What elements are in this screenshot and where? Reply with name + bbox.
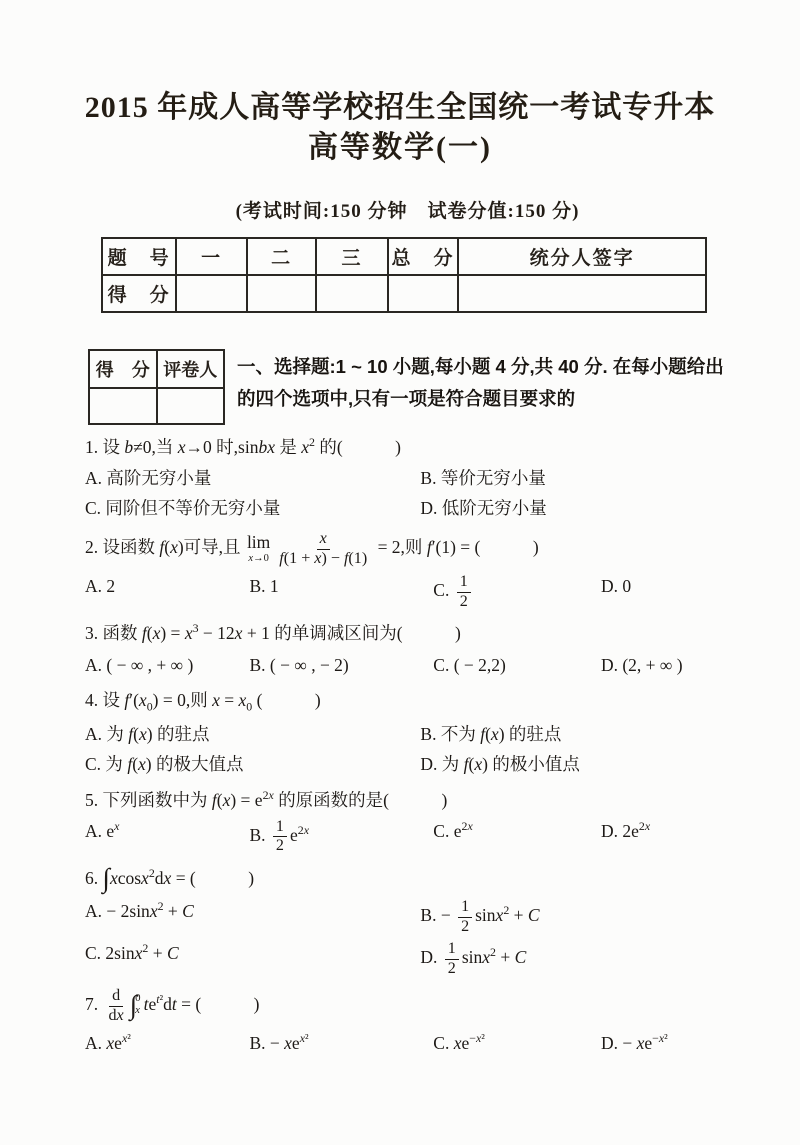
exam-title-line1: 2015 年成人高等学校招生全国统一考试专升本 [70,90,730,126]
option: D. 低阶无穷小量 [420,493,730,523]
score-table-header-row: 题 号 一 二 三 总 分 统分人签字 [102,238,706,275]
score-cell-empty [176,275,247,312]
question-stem: 5. 下列函数中为 f(x) = e2x 的原函数的是( ) [85,787,730,813]
question-options: A. 高阶无穷小量B. 等价无穷小量C. 同阶但不等价无穷小量D. 低阶无穷小量 [85,463,730,524]
score-header-total: 总 分 [388,238,459,275]
question-stem: 2. 设函数 f(x)可导,且 limx→0xf(1 + x) − f(1) =… [85,530,730,568]
score-row-label: 得 分 [102,275,176,312]
question-stem: 4. 设 f′(x0) = 0,则 x = x0 ( ) [85,687,730,716]
option: A. − 2sinx2 + C [85,896,420,938]
question-6: 6. ∫xcosx2dx = ( )A. − 2sinx2 + CB. − 12… [85,865,730,981]
score-table-value-row: 得 分 [102,275,706,312]
question-stem: 3. 函数 f(x) = x3 − 12x + 1 的单调减区间为( ) [85,620,730,646]
questions-list: 1. 设 b≠0,当 x→0 时,sinbx 是 x2 的( )A. 高阶无穷小… [85,434,730,1059]
grader-box-empty-cell [89,388,157,424]
option: C. 2sinx2 + C [85,938,420,980]
option: C. xe−x² [433,1028,601,1058]
option: C. e2x [433,816,601,858]
question-5: 5. 下列函数中为 f(x) = e2x 的原函数的是( )A. exB. 12… [85,787,730,858]
score-header-section-3: 三 [316,238,387,275]
score-cell-empty [247,275,316,312]
option: D. 12sinx2 + C [420,938,730,980]
option: B. − 12sinx2 + C [420,896,730,938]
score-cell-empty [316,275,387,312]
score-header-signature: 统分人签字 [458,238,706,275]
option: C. 同阶但不等价无穷小量 [85,493,420,523]
option: B. − xex² [249,1028,433,1058]
exam-paper-page: 2015 年成人高等学校招生全国统一考试专升本 高等数学(一) (考试时间:15… [0,0,800,1145]
option: D. 2e2x [601,816,730,858]
option: A. xex² [85,1028,249,1058]
option: B. 12e2x [249,816,433,858]
grader-box-grader-label: 评卷人 [157,350,225,388]
grader-box-empty-cell [157,388,225,424]
question-options: A. ( − ∞ , + ∞ )B. ( − ∞ , − 2)C. ( − 2,… [85,650,730,680]
exam-title-line2: 高等数学(一) [70,126,730,170]
question-2: 2. 设函数 f(x)可导,且 limx→0xf(1 + x) − f(1) =… [85,530,730,613]
option: D. 0 [601,571,730,613]
score-header-section-1: 一 [176,238,247,275]
score-header-section-2: 二 [247,238,316,275]
question-4: 4. 设 f′(x0) = 0,则 x = x0 ( )A. 为 f(x) 的驻… [85,687,730,780]
option: A. ex [85,816,249,858]
question-options: A. xex²B. − xex²C. xe−x²D. − xe−x² [85,1028,730,1058]
question-stem: 6. ∫xcosx2dx = ( ) [85,865,730,894]
title-block: 2015 年成人高等学校招生全国统一考试专升本 高等数学(一) [70,90,730,170]
section-one-heading: 一、选择题:1 ~ 10 小题,每小题 4 分,共 40 分. 在每小题给出的四… [225,349,730,417]
option: B. 不为 f(x) 的驻点 [420,719,730,749]
grader-score-box: 得 分 评卷人 [88,349,225,425]
option: A. ( − ∞ , + ∞ ) [85,650,249,680]
option: B. 等价无穷小量 [420,463,730,493]
option: C. 12 [433,571,601,613]
option: C. 为 f(x) 的极大值点 [85,749,420,779]
option: D. 为 f(x) 的极小值点 [420,749,730,779]
question-stem: 7. ddx∫0xtet²dt = ( ) [85,987,730,1025]
option: A. 为 f(x) 的驻点 [85,719,420,749]
option: B. 1 [249,571,433,613]
option: D. − xe−x² [601,1028,730,1058]
question-options: A. 2B. 1C. 12D. 0 [85,571,730,613]
option: D. (2, + ∞ ) [601,650,730,680]
option: C. ( − 2,2) [433,650,601,680]
question-1: 1. 设 b≠0,当 x→0 时,sinbx 是 x2 的( )A. 高阶无穷小… [85,434,730,524]
grader-box-score-label: 得 分 [89,350,157,388]
question-options: A. 为 f(x) 的驻点B. 不为 f(x) 的驻点C. 为 f(x) 的极大… [85,719,730,780]
question-7: 7. ddx∫0xtet²dt = ( )A. xex²B. − xex²C. … [85,987,730,1058]
section-one-header-row: 得 分 评卷人 一、选择题:1 ~ 10 小题,每小题 4 分,共 40 分. … [85,349,730,425]
score-summary-table: 题 号 一 二 三 总 分 统分人签字 得 分 [101,237,707,313]
option: A. 2 [85,571,249,613]
score-header-question-number: 题 号 [102,238,176,275]
option: B. ( − ∞ , − 2) [249,650,433,680]
question-stem: 1. 设 b≠0,当 x→0 时,sinbx 是 x2 的( ) [85,434,730,460]
score-cell-empty [458,275,706,312]
option: A. 高阶无穷小量 [85,463,420,493]
question-3: 3. 函数 f(x) = x3 − 12x + 1 的单调减区间为( )A. (… [85,620,730,680]
question-options: A. − 2sinx2 + CB. − 12sinx2 + CC. 2sinx2… [85,896,730,980]
exam-info: (考试时间:150 分钟 试卷分值:150 分) [85,196,730,223]
score-cell-empty [388,275,459,312]
question-options: A. exB. 12e2xC. e2xD. 2e2x [85,816,730,858]
